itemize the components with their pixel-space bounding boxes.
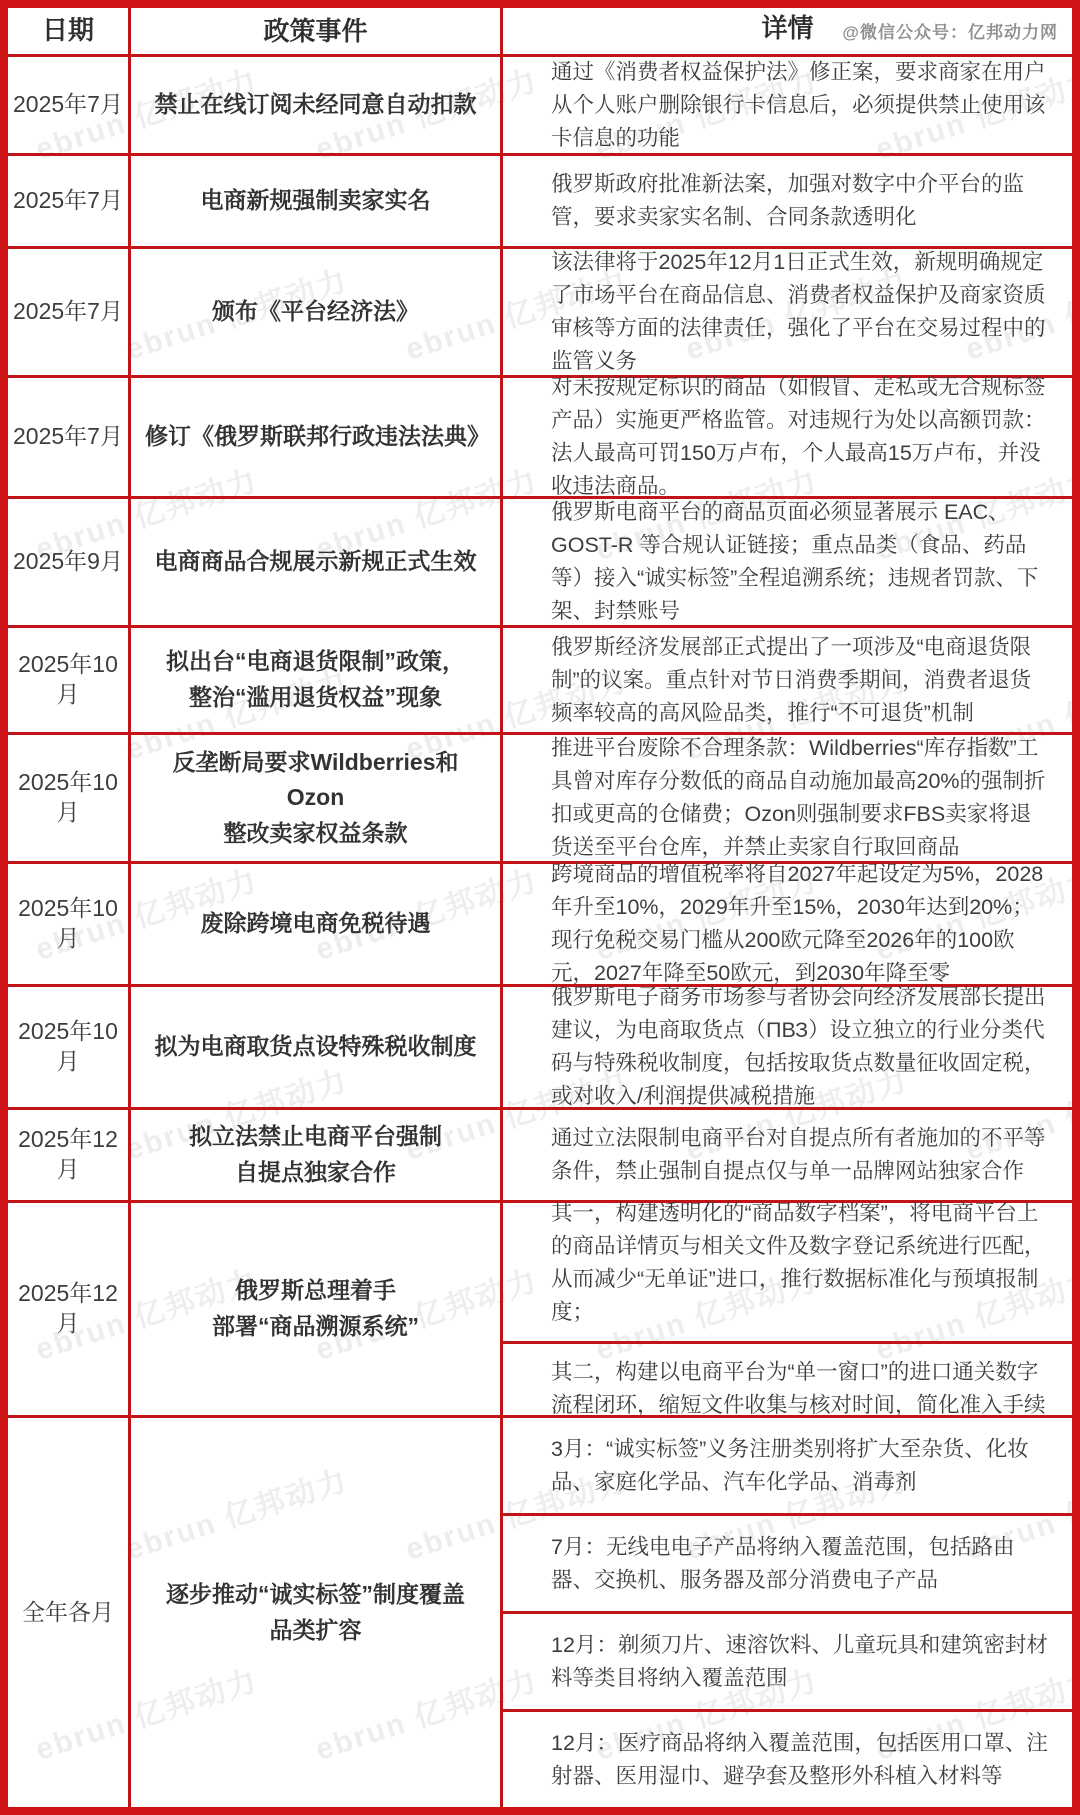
event-cell: 颁布《平台经济法》 — [128, 249, 500, 375]
column-header-detail: 详情 @微信公众号：亿邦动力网 — [500, 8, 1072, 54]
date-cell: 2025年10月 — [8, 987, 128, 1107]
detail-block: 俄罗斯政府批准新法案，加强对数字中介平台的监管，要求卖家实名制、合同条款透明化 — [503, 156, 1072, 246]
detail-text: 3月：“诚实标签”义务注册类别将扩大至杂货、化妆品、家庭化学品、汽车化学品、消毒… — [551, 1433, 1050, 1499]
detail-text: 通过《消费者权益保护法》修正案，要求商家在用户从个人账户删除银行卡信息后，必须提… — [551, 56, 1050, 155]
detail-text: 俄罗斯政府批准新法案，加强对数字中介平台的监管，要求卖家实名制、合同条款透明化 — [551, 168, 1050, 234]
detail-block: 7月：无线电电子产品将纳入覆盖范围，包括路由器、交换机、服务器及部分消费电子产品 — [503, 1513, 1072, 1611]
date-cell: 2025年7月 — [8, 378, 128, 496]
event-cell: 废除跨境电商免税待遇 — [128, 864, 500, 984]
event-cell: 拟出台“电商退货限制”政策， 整治“滥用退货权益”现象 — [128, 628, 500, 732]
detail-block: 3月：“诚实标签”义务注册类别将扩大至杂货、化妆品、家庭化学品、汽车化学品、消毒… — [503, 1418, 1072, 1513]
column-header-event: 政策事件 — [128, 8, 500, 54]
column-header-detail-label: 详情 — [761, 8, 813, 54]
detail-block: 12月：剃须刀片、速溶饮料、儿童玩具和建筑密封材料等类目将纳入覆盖范围 — [503, 1611, 1072, 1709]
detail-text: 俄罗斯电商平台的商品页面必须显著展示 EAC、GOST-R 等合规认证链接；重点… — [551, 496, 1050, 628]
table-row: 2025年7月 修订《俄罗斯联邦行政违法法典》 对未按规定标识的商品（如假冒、走… — [8, 375, 1072, 496]
detail-cell: 其一，构建透明化的“商品数字档案”，将电商平台上的商品详情页与相关文件及数字登记… — [500, 1203, 1072, 1415]
date-cell: 2025年10月 — [8, 628, 128, 732]
event-cell: 拟为电商取货点设特殊税收制度 — [128, 987, 500, 1107]
detail-text: 其一，构建透明化的“商品数字档案”，将电商平台上的商品详情页与相关文件及数字登记… — [551, 1197, 1050, 1329]
detail-text: 俄罗斯电子商务市场参与者协会向经济发展部长提出建议，为电商取货点（ПВЗ）设立独… — [551, 981, 1050, 1113]
detail-text: 俄罗斯经济发展部正式提出了一项涉及“电商退货限制”的议案。重点针对节日消费季期间… — [551, 631, 1050, 730]
wechat-account-watermark: @微信公众号：亿邦动力网 — [842, 18, 1058, 43]
detail-block: 其一，构建透明化的“商品数字档案”，将电商平台上的商品详情页与相关文件及数字登记… — [503, 1185, 1072, 1341]
date-cell: 2025年10月 — [8, 735, 128, 861]
detail-text: 12月：医疗商品将纳入覆盖范围，包括医用口罩、注射器、医用湿巾、避孕套及整形外科… — [551, 1727, 1050, 1793]
date-cell: 2025年12月 — [8, 1110, 128, 1200]
table-row: 2025年10月 废除跨境电商免税待遇 跨境商品的增值税率将自2027年起设定为… — [8, 861, 1072, 984]
table-row: 2025年12月 俄罗斯总理着手 部署“商品溯源系统” 其一，构建透明化的“商品… — [8, 1200, 1072, 1415]
detail-cell: 推进平台废除不合理条款：Wildberries“库存指数”工具曾对库存分数低的商… — [500, 735, 1072, 861]
event-cell: 逐步推动“诚实标签”制度覆盖 品类扩容 — [128, 1418, 500, 1807]
table-header-row: 日期 政策事件 详情 @微信公众号：亿邦动力网 — [8, 8, 1072, 54]
policy-table: 日期 政策事件 详情 @微信公众号：亿邦动力网 2025年7月 禁止在线订阅未经… — [0, 0, 1080, 1815]
detail-cell: 俄罗斯电商平台的商品页面必须显著展示 EAC、GOST-R 等合规认证链接；重点… — [500, 499, 1072, 625]
table-row: 2025年10月 拟为电商取货点设特殊税收制度 俄罗斯电子商务市场参与者协会向经… — [8, 984, 1072, 1107]
detail-cell: 俄罗斯电子商务市场参与者协会向经济发展部长提出建议，为电商取货点（ПВЗ）设立独… — [500, 987, 1072, 1107]
table-row: 2025年7月 禁止在线订阅未经同意自动扣款 通过《消费者权益保护法》修正案，要… — [8, 54, 1072, 153]
table-row: 2025年10月 反垄断局要求Wildberries和Ozon 整改卖家权益条款… — [8, 732, 1072, 861]
table-row: 2025年9月 电商商品合规展示新规正式生效 俄罗斯电商平台的商品页面必须显著展… — [8, 496, 1072, 625]
date-cell: 2025年7月 — [8, 57, 128, 153]
detail-text: 通过立法限制电商平台对自提点所有者施加的不平等条件，禁止强制自提点仅与单一品牌网… — [551, 1122, 1050, 1188]
table-row: 2025年10月 拟出台“电商退货限制”政策， 整治“滥用退货权益”现象 俄罗斯… — [8, 625, 1072, 732]
detail-text: 推进平台废除不合理条款：Wildberries“库存指数”工具曾对库存分数低的商… — [551, 732, 1050, 864]
detail-cell: 俄罗斯政府批准新法案，加强对数字中介平台的监管，要求卖家实名制、合同条款透明化 — [500, 156, 1072, 246]
event-cell: 电商新规强制卖家实名 — [128, 156, 500, 246]
event-cell: 俄罗斯总理着手 部署“商品溯源系统” — [128, 1203, 500, 1415]
detail-cell: 该法律将于2025年12月1日正式生效，新规明确规定了市场平台在商品信息、消费者… — [500, 249, 1072, 375]
detail-cell: 对未按规定标识的商品（如假冒、走私或无合规标签产品）实施更严格监管。对违规行为处… — [500, 378, 1072, 496]
detail-block: 12月：医疗商品将纳入覆盖范围，包括医用口罩、注射器、医用湿巾、避孕套及整形外科… — [503, 1709, 1072, 1807]
event-cell: 电商商品合规展示新规正式生效 — [128, 499, 500, 625]
date-cell: 2025年10月 — [8, 864, 128, 984]
date-cell: 全年各月 — [8, 1418, 128, 1807]
date-cell: 2025年12月 — [8, 1203, 128, 1415]
detail-text: 7月：无线电电子产品将纳入覆盖范围，包括路由器、交换机、服务器及部分消费电子产品 — [551, 1531, 1050, 1597]
date-cell: 2025年7月 — [8, 156, 128, 246]
table-row: 2025年7月 颁布《平台经济法》 该法律将于2025年12月1日正式生效，新规… — [8, 246, 1072, 375]
event-cell: 反垄断局要求Wildberries和Ozon 整改卖家权益条款 — [128, 735, 500, 861]
event-cell: 修订《俄罗斯联邦行政违法法典》 — [128, 378, 500, 496]
date-cell: 2025年7月 — [8, 249, 128, 375]
detail-text: 其二，构建以电商平台为“单一窗口”的进口通关数字流程闭环，缩短文件收集与核对时间… — [551, 1356, 1050, 1422]
detail-cell: 俄罗斯经济发展部正式提出了一项涉及“电商退货限制”的议案。重点针对节日消费季期间… — [500, 628, 1072, 732]
table-row: 2025年7月 电商新规强制卖家实名 俄罗斯政府批准新法案，加强对数字中介平台的… — [8, 153, 1072, 246]
column-header-date: 日期 — [8, 8, 128, 54]
date-cell: 2025年9月 — [8, 499, 128, 625]
detail-block: 通过《消费者权益保护法》修正案，要求商家在用户从个人账户删除银行卡信息后，必须提… — [503, 44, 1072, 167]
detail-cell: 3月：“诚实标签”义务注册类别将扩大至杂货、化妆品、家庭化学品、汽车化学品、消毒… — [500, 1418, 1072, 1807]
table-row: 全年各月 逐步推动“诚实标签”制度覆盖 品类扩容 3月：“诚实标签”义务注册类别… — [8, 1415, 1072, 1807]
detail-text: 12月：剃须刀片、速溶饮料、儿童玩具和建筑密封材料等类目将纳入覆盖范围 — [551, 1629, 1050, 1695]
detail-block: 俄罗斯电商平台的商品页面必须显著展示 EAC、GOST-R 等合规认证链接；重点… — [503, 484, 1072, 640]
detail-cell: 跨境商品的增值税率将自2027年起设定为5%，2028年升至10%，2029年升… — [500, 864, 1072, 984]
detail-cell: 通过《消费者权益保护法》修正案，要求商家在用户从个人账户删除银行卡信息后，必须提… — [500, 57, 1072, 153]
event-cell: 拟立法禁止电商平台强制 自提点独家合作 — [128, 1110, 500, 1200]
detail-block: 俄罗斯电子商务市场参与者协会向经济发展部长提出建议，为电商取货点（ПВЗ）设立独… — [503, 969, 1072, 1125]
event-cell: 禁止在线订阅未经同意自动扣款 — [128, 57, 500, 153]
